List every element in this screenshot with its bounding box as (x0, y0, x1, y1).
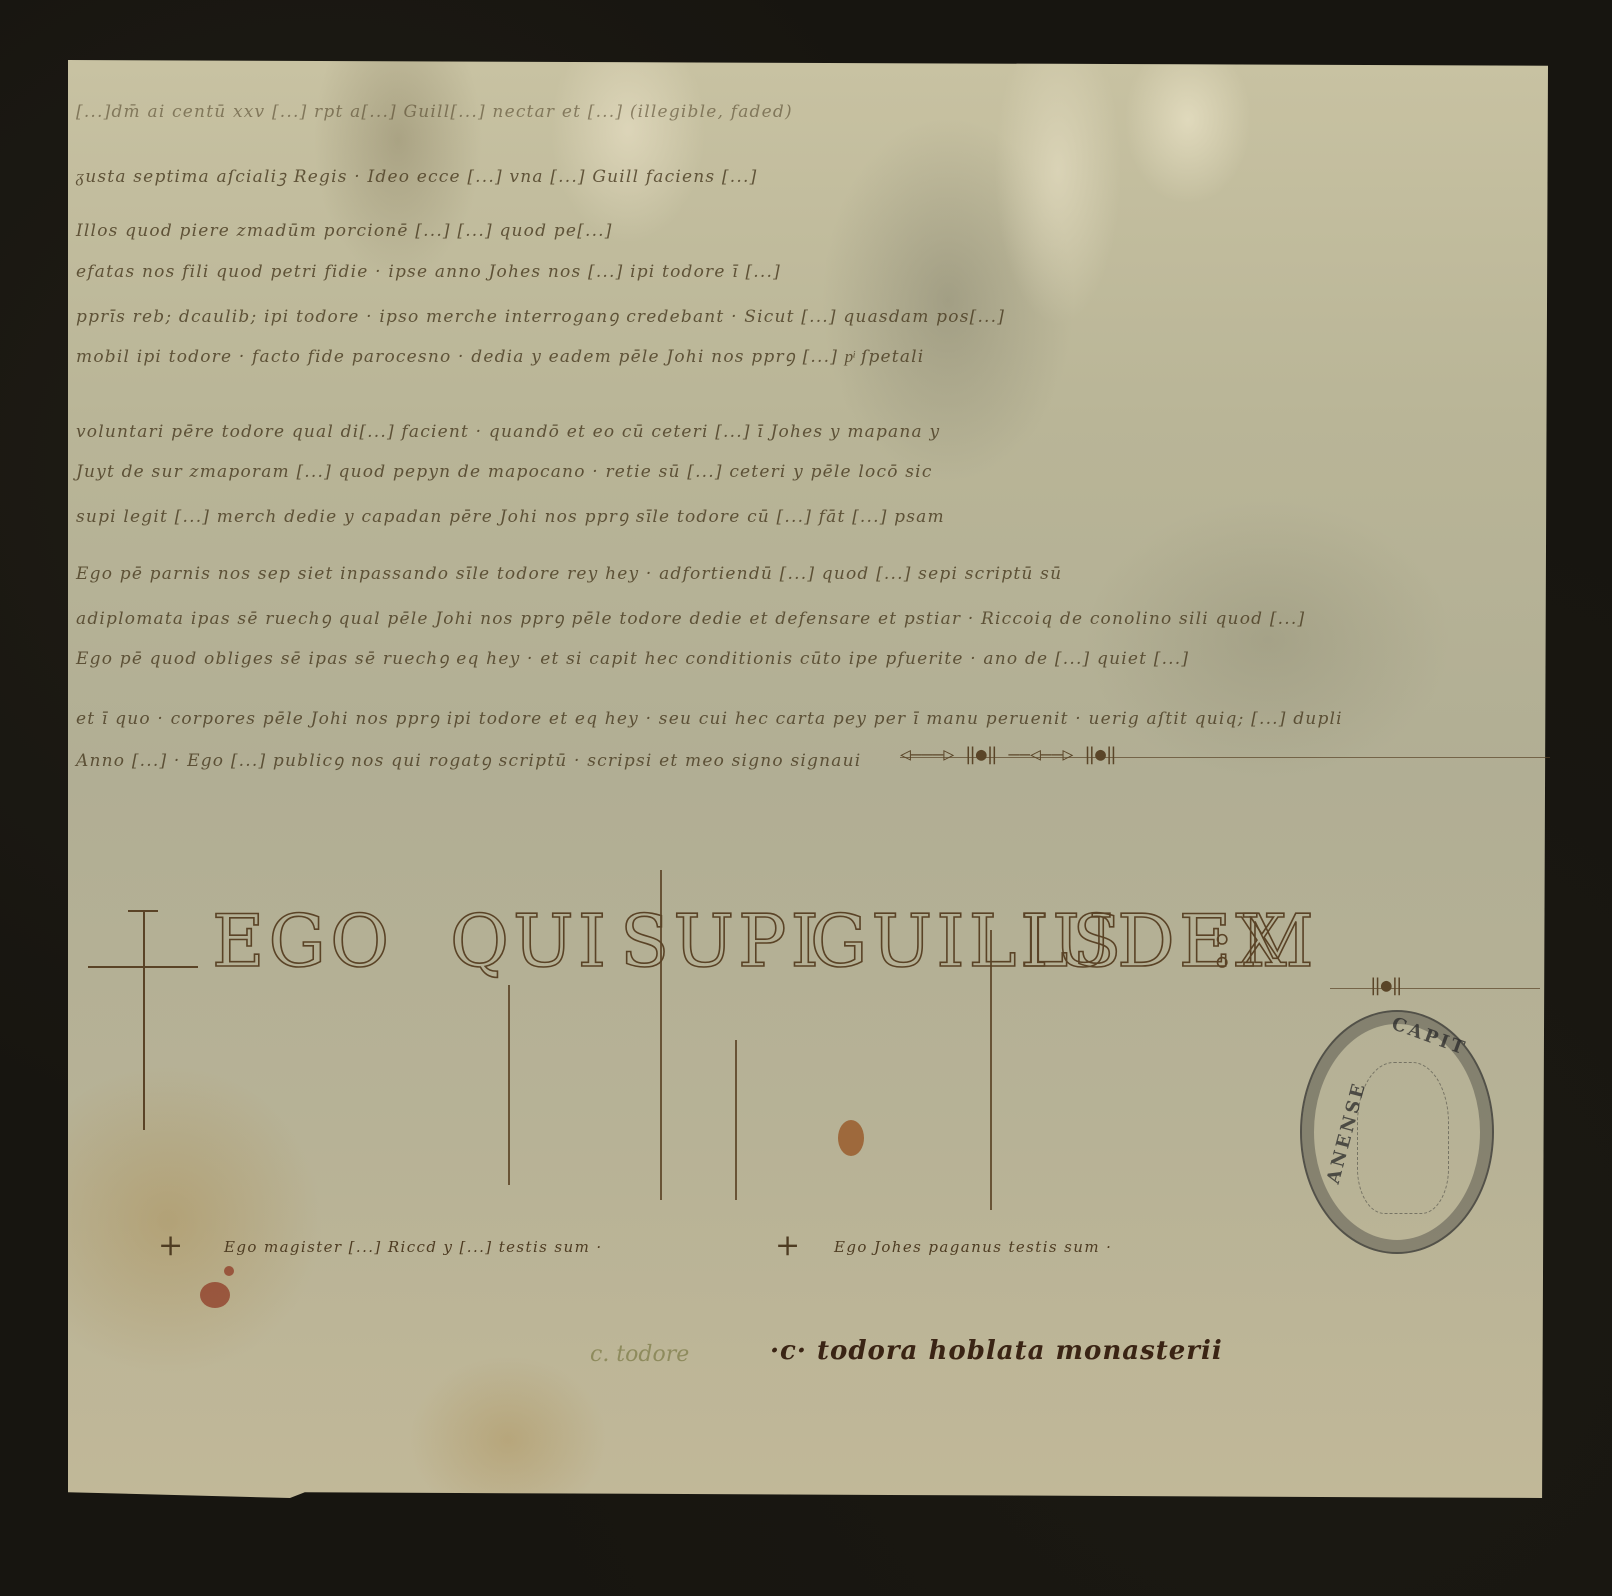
text-line: Juyt de sur zmaporam [...] quod pepyn de… (76, 462, 933, 482)
text-line: pprīs reb; dcaulib; ipi todore · ipso me… (76, 304, 1005, 327)
judge-trailing-rule (1330, 988, 1540, 989)
descender-stroke (508, 985, 510, 1185)
witness-cross: + (775, 1228, 802, 1263)
subscription-word: M (1240, 905, 1318, 977)
archive-seal-stamp: ANENSE CAPIT (1300, 1010, 1494, 1254)
descender-stroke (990, 930, 992, 1210)
text-line: efatas nos fili quod petri fidie · ipse … (76, 262, 781, 282)
witness-subscription: Ego Johes paganus testis sum · (834, 1238, 1112, 1256)
descender-stroke (660, 870, 662, 1200)
text-line: supi legit [...] merch dedie y capadan p… (76, 504, 945, 527)
text-line: Ego pē quod obliges sē ipas sē ruechꝯ eq… (76, 646, 1189, 669)
red-stain (838, 1120, 864, 1156)
subscription-word: : (1210, 905, 1238, 977)
judge-subscription: EGO QUI SUPI GUILLS IUDEX : M (140, 905, 1400, 1005)
subscription-word: SUPI (620, 905, 823, 977)
subscription-word: QUI (450, 905, 610, 977)
bishop-figure-icon (1357, 1062, 1449, 1214)
red-stain (200, 1282, 230, 1308)
descender-stroke (735, 1040, 737, 1200)
endorsement-note: ·c· todora hoblata monasterii (770, 1336, 1223, 1366)
text-line: Illos quod piere zmadūm porcionē [...] [… (76, 221, 613, 241)
witness-subscription: Ego magister [...] Riccd y [...] testis … (224, 1238, 603, 1256)
text-line: mobil ipi todore · facto fide parocesno … (76, 344, 924, 367)
judge-trailing-mark: ‖●‖ (1370, 975, 1403, 996)
text-line: adiplomata ipas sē ruechꝯ qual pēle Johi… (76, 606, 1305, 629)
spot-stain (224, 1266, 234, 1276)
faded-endorsement: c. todore (590, 1342, 689, 1367)
text-line: voluntari pēre todore qual di[...] facie… (76, 422, 940, 442)
text-line: Anno [...] · Ego [...] publicꝯ nos qui r… (76, 748, 861, 771)
witness-cross: + (158, 1228, 185, 1263)
text-line: Ego pē parnis nos sep siet inpassando sī… (76, 564, 1062, 584)
text-line: ᵹusta septima aſcialiꝫ Regis · Ideo ecce… (76, 164, 757, 187)
text-line: et ī quo · corpores pēle Johi nos pprꝯ i… (76, 706, 1343, 729)
notary-signum: ◁———▷ ‖●‖ ——◁——▷ ‖●‖ (900, 744, 1117, 765)
text-line: [...]dm̄ ai centū xxv [...] rpt a[...] G… (76, 102, 793, 122)
subscription-word: EGO (212, 905, 393, 977)
